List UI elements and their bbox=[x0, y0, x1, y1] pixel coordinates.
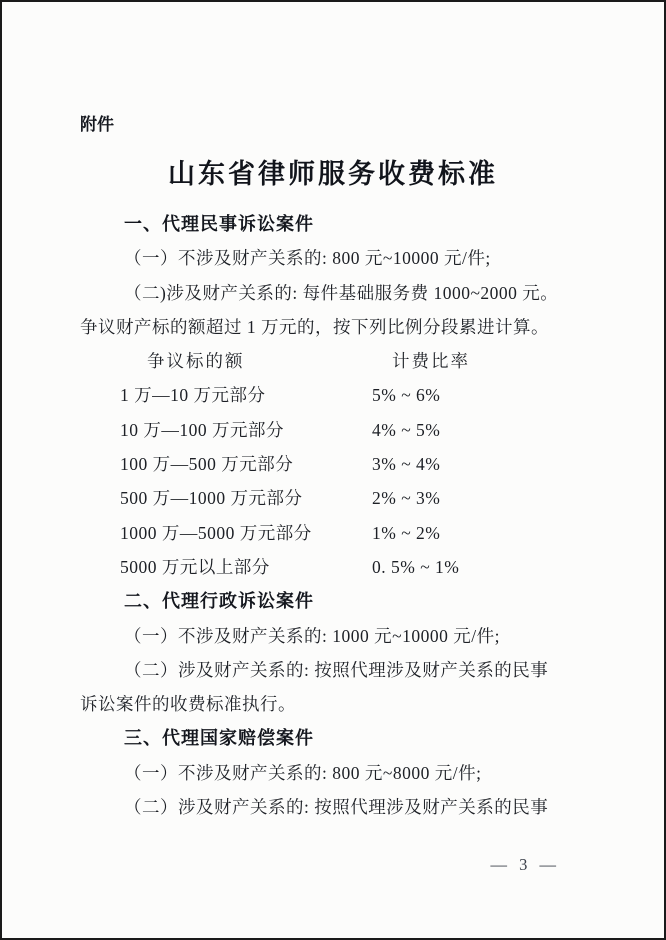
fee-tier-label: 1 万—10 万元部分 bbox=[80, 378, 372, 412]
fee-table-row: 1 万—10 万元部分 5% ~ 6% bbox=[80, 378, 592, 412]
administrative-item-property-continued: 诉讼案件的收费标准执行。 bbox=[80, 687, 592, 721]
fee-tier-rate: 5% ~ 6% bbox=[372, 378, 440, 412]
administrative-item-non-property: （一）不涉及财产关系的: 1000 元~10000 元/件; bbox=[80, 619, 592, 653]
civil-item-property: （二)涉及财产关系的: 每件基础服务费 1000~2000 元。 bbox=[80, 276, 592, 310]
fee-tier-label: 10 万—100 万元部分 bbox=[80, 413, 372, 447]
fee-table-row: 100 万—500 万元部分 3% ~ 4% bbox=[80, 447, 592, 481]
fee-tier-rate: 3% ~ 4% bbox=[372, 447, 440, 481]
fee-table-row: 5000 万元以上部分 0. 5% ~ 1% bbox=[80, 550, 592, 584]
civil-item-non-property: （一）不涉及财产关系的: 800 元~10000 元/件; bbox=[80, 241, 592, 275]
state-compensation-item-property: （二）涉及财产关系的: 按照代理涉及财产关系的民事 bbox=[80, 790, 592, 824]
scanned-document-page: 附件 山东省律师服务收费标准 一、代理民事诉讼案件 （一）不涉及财产关系的: 8… bbox=[0, 0, 666, 940]
fee-tier-label: 500 万—1000 万元部分 bbox=[80, 481, 372, 515]
section-heading-administrative: 二、代理行政诉讼案件 bbox=[80, 584, 592, 618]
fee-table-row: 10 万—100 万元部分 4% ~ 5% bbox=[80, 413, 592, 447]
fee-tier-label: 5000 万元以上部分 bbox=[80, 550, 372, 584]
fee-tier-rate: 2% ~ 3% bbox=[372, 481, 440, 515]
attachment-label: 附件 bbox=[80, 110, 114, 135]
section-heading-civil: 一、代理民事诉讼案件 bbox=[80, 207, 592, 241]
fee-table-header: 争议标的额 计费比率 bbox=[80, 344, 592, 378]
fee-table-row: 500 万—1000 万元部分 2% ~ 3% bbox=[80, 481, 592, 515]
fee-table-header-rate: 计费比率 bbox=[392, 344, 470, 378]
fee-tier-rate: 4% ~ 5% bbox=[372, 413, 440, 447]
fee-tier-rate: 1% ~ 2% bbox=[372, 516, 440, 550]
civil-item-property-continued: 争议财产标的额超过 1 万元的，按下列比例分段累进计算。 bbox=[80, 310, 592, 344]
document-body: 一、代理民事诉讼案件 （一）不涉及财产关系的: 800 元~10000 元/件;… bbox=[80, 207, 592, 824]
fee-table-header-tier: 争议标的额 bbox=[80, 344, 392, 378]
administrative-item-property: （二）涉及财产关系的: 按照代理涉及财产关系的民事 bbox=[80, 653, 592, 687]
fee-tier-label: 100 万—500 万元部分 bbox=[80, 447, 372, 481]
fee-tier-label: 1000 万—5000 万元部分 bbox=[80, 516, 372, 550]
section-heading-state-compensation: 三、代理国家赔偿案件 bbox=[80, 721, 592, 755]
state-compensation-item-non-property: （一）不涉及财产关系的: 800 元~8000 元/件; bbox=[80, 756, 592, 790]
fee-table-row: 1000 万—5000 万元部分 1% ~ 2% bbox=[80, 516, 592, 550]
page-title: 山东省律师服务收费标准 bbox=[2, 152, 664, 191]
fee-tier-rate: 0. 5% ~ 1% bbox=[372, 550, 459, 584]
page-number: — 3 — bbox=[491, 855, 561, 875]
